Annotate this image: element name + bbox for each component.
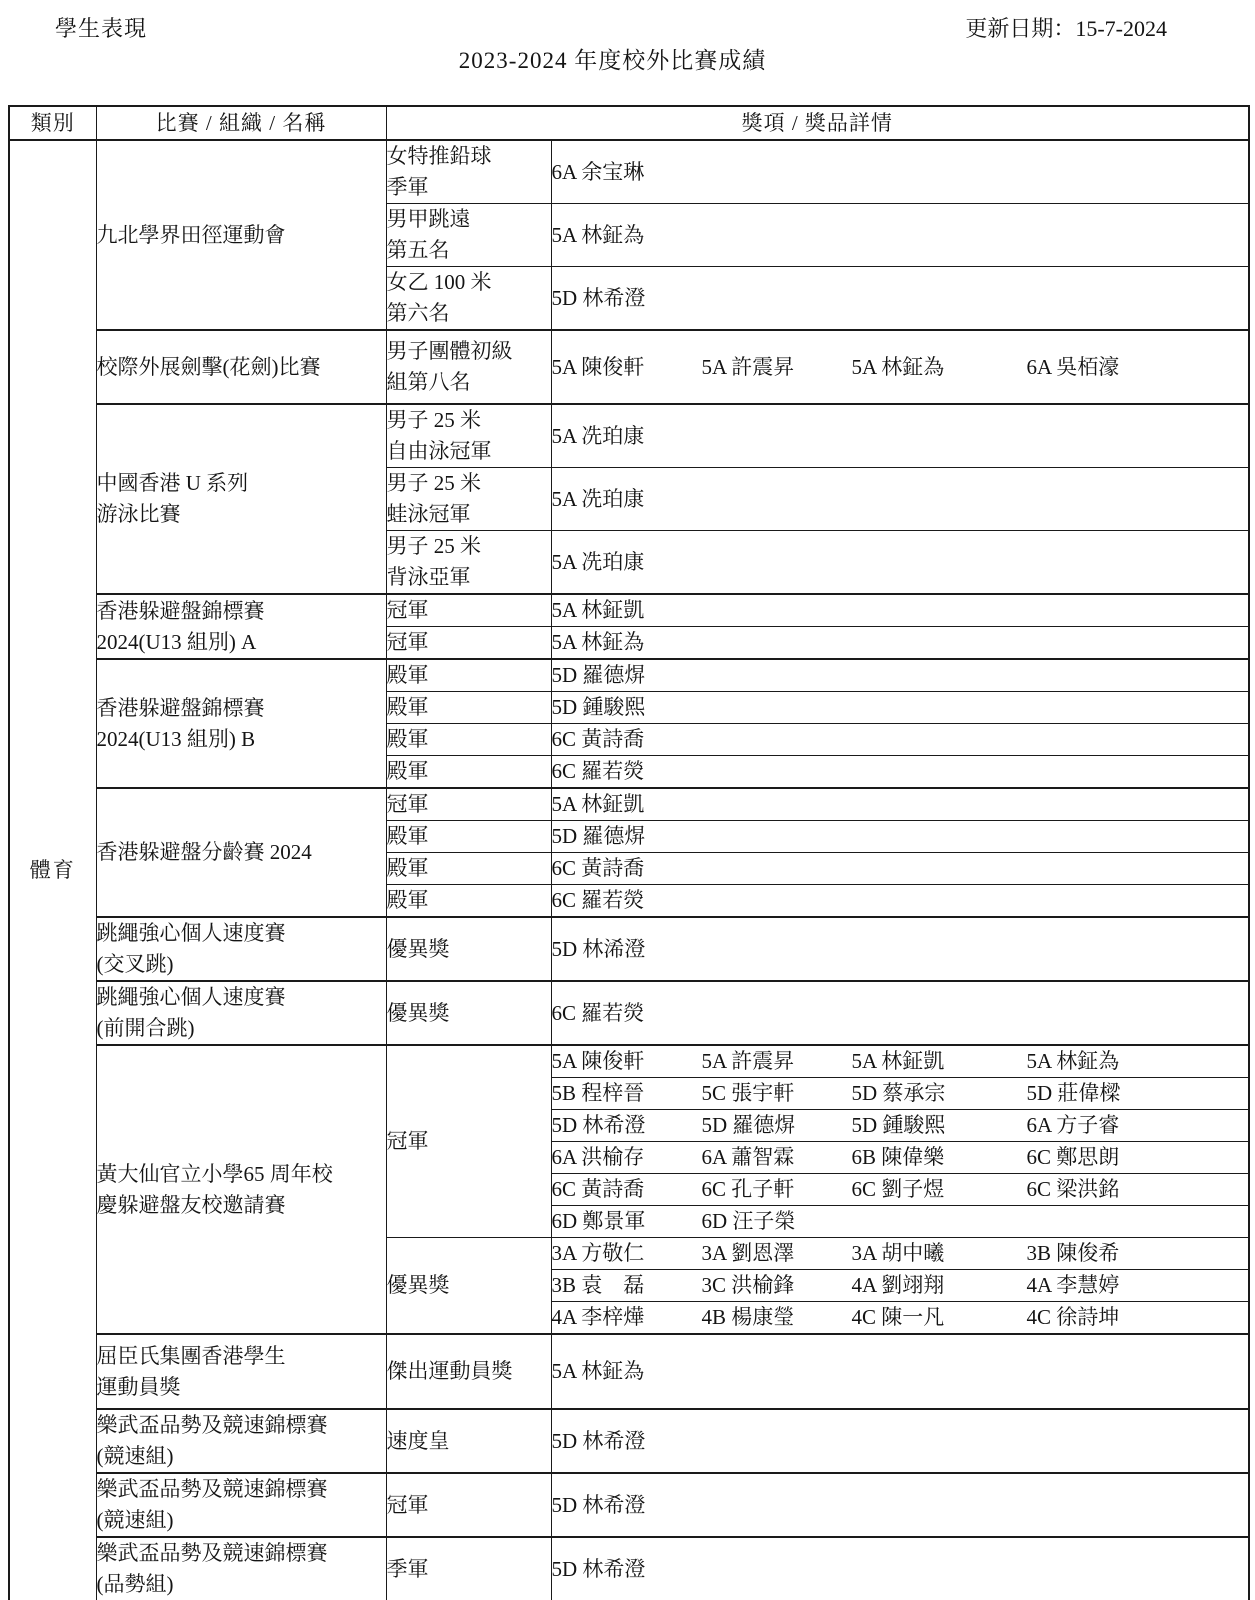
competition-cell: 香港躲避盤分齡賽 2024	[96, 788, 386, 917]
names-cell: 6D 鄭景軍6D 汪子榮	[551, 1206, 1249, 1238]
student-name: 6C 孔子軒	[702, 1174, 852, 1205]
student-name: 5A 林鉦為	[552, 220, 645, 251]
page-title: 學生表現	[55, 12, 147, 43]
names-cell: 6C 黃詩喬	[551, 724, 1249, 756]
student-name: 5D 羅德焺	[702, 1110, 852, 1141]
student-name: 5D 林浠澄	[552, 934, 646, 965]
table-row: 黃大仙官立小學65 周年校慶躲避盤友校邀請賽冠軍5A 陳俊軒5A 許震昇5A 林…	[9, 1045, 1249, 1078]
update-date: 更新日期：15-7-2024	[965, 12, 1167, 43]
names-cell: 6A 余宝琳	[551, 140, 1249, 204]
award-cell: 殿軍	[386, 853, 551, 885]
table-row: 香港躲避盤錦標賽2024(U13 組別) A冠軍5A 林鉦凱	[9, 594, 1249, 627]
header-row: 類別 比賽 / 組織 / 名稱 獎項 / 獎品詳情	[9, 106, 1249, 140]
student-name: 6C 梁洪銘	[1027, 1174, 1120, 1205]
award-cell: 傑出運動員獎	[386, 1334, 551, 1409]
award-cell: 殿軍	[386, 885, 551, 918]
names-cell: 5D 林希澄	[551, 1537, 1249, 1600]
student-name: 6A 方子睿	[1027, 1110, 1120, 1141]
award-cell: 殿軍	[386, 756, 551, 789]
student-name: 6C 黃詩喬	[552, 1174, 702, 1205]
student-name: 5A 林鉦凱	[552, 789, 645, 820]
competition-cell: 九北學界田徑運動會	[96, 140, 386, 330]
names-cell: 6C 黃詩喬6C 孔子軒6C 劉子煜6C 梁洪銘	[551, 1174, 1249, 1206]
student-name: 5D 鍾駿熙	[852, 1110, 1027, 1141]
table-row: 中國香港 U 系列游泳比賽男子 25 米自由泳冠軍5A 冼珀康	[9, 404, 1249, 468]
student-name: 5A 冼珀康	[552, 421, 645, 452]
student-name: 5D 林希澄	[552, 1110, 702, 1141]
student-name: 4C 陳一凡	[852, 1302, 1027, 1333]
award-cell: 男甲跳遠第五名	[386, 204, 551, 267]
competition-cell: 校際外展劍擊(花劍)比賽	[96, 330, 386, 404]
col-header-competition: 比賽 / 組織 / 名稱	[96, 106, 386, 140]
names-cell: 5A 陳俊軒5A 許震昇5A 林鉦為6A 吳栢濠	[551, 330, 1249, 404]
competition-cell: 黃大仙官立小學65 周年校慶躲避盤友校邀請賽	[96, 1045, 386, 1334]
student-name: 6C 黃詩喬	[552, 853, 645, 884]
names-cell: 6C 黃詩喬	[551, 853, 1249, 885]
names-cell: 4A 李梓燁4B 楊康瑩4C 陳一凡4C 徐詩坤	[551, 1302, 1249, 1335]
names-cell: 5B 程梓晉5C 張宇軒5D 蔡承宗5D 莊偉樑	[551, 1078, 1249, 1110]
names-cell: 5D 羅德焺	[551, 821, 1249, 853]
student-name: 5D 鍾駿熙	[552, 692, 646, 723]
award-cell: 冠軍	[386, 1045, 551, 1238]
award-cell: 優異獎	[386, 917, 551, 981]
student-name: 5A 許震昇	[702, 1046, 852, 1077]
student-name: 5A 冼珀康	[552, 547, 645, 578]
table-row: 跳繩強心個人速度賽(交叉跳)優異獎5D 林浠澄	[9, 917, 1249, 981]
student-name: 5A 陳俊軒	[552, 352, 702, 383]
award-cell: 殿軍	[386, 692, 551, 724]
student-name: 5D 羅德焺	[552, 821, 646, 852]
student-name: 5D 蔡承宗	[852, 1078, 1027, 1109]
student-name: 5A 冼珀康	[552, 484, 645, 515]
names-cell: 5A 冼珀康	[551, 468, 1249, 531]
award-cell: 季軍	[386, 1537, 551, 1600]
table-row: 樂武盃品勢及競速錦標賽(競速組)冠軍5D 林希澄	[9, 1473, 1249, 1537]
student-name: 6C 黃詩喬	[552, 724, 645, 755]
names-cell: 3A 方敬仁3A 劉恩澤3A 胡中曦3B 陳俊希	[551, 1238, 1249, 1270]
competition-cell: 跳繩強心個人速度賽(前開合跳)	[96, 981, 386, 1045]
table-row: 屈臣氏集團香港學生運動員獎傑出運動員獎5A 林鉦為	[9, 1334, 1249, 1409]
student-name: 5A 林鉦凱	[552, 595, 645, 626]
student-name: 6C 羅若熒	[552, 756, 645, 787]
award-cell: 優異獎	[386, 981, 551, 1045]
competition-cell: 跳繩強心個人速度賽(交叉跳)	[96, 917, 386, 981]
student-name: 6D 汪子榮	[702, 1206, 796, 1237]
table-row: 體育九北學界田徑運動會女特推鉛球季軍6A 余宝琳	[9, 140, 1249, 204]
student-name: 6C 羅若熒	[552, 885, 645, 916]
student-name: 5D 林希澄	[552, 1554, 646, 1585]
names-cell: 5A 冼珀康	[551, 531, 1249, 595]
award-cell: 男子 25 米自由泳冠軍	[386, 404, 551, 468]
student-name: 6A 蕭智霖	[702, 1142, 852, 1173]
student-name: 4A 李慧婷	[1027, 1270, 1120, 1301]
competition-cell: 樂武盃品勢及競速錦標賽(品勢組)	[96, 1537, 386, 1600]
names-cell: 5A 林鉦為	[551, 627, 1249, 660]
names-cell: 3B 袁 磊3C 洪榆鋒4A 劉翊翔4A 李慧婷	[551, 1270, 1249, 1302]
student-name: 5B 程梓晉	[552, 1078, 702, 1109]
names-cell: 5D 羅德焺	[551, 659, 1249, 692]
award-cell: 男子 25 米蛙泳冠軍	[386, 468, 551, 531]
table-row: 校際外展劍擊(花劍)比賽男子團體初級組第八名5A 陳俊軒5A 許震昇5A 林鉦為…	[9, 330, 1249, 404]
student-name: 5D 林希澄	[552, 1490, 646, 1521]
student-name: 5A 林鉦凱	[852, 1046, 1027, 1077]
student-name: 5A 林鉦為	[552, 1356, 645, 1387]
award-cell: 冠軍	[386, 1473, 551, 1537]
award-cell: 冠軍	[386, 788, 551, 821]
student-name: 6A 余宝琳	[552, 157, 645, 188]
student-name: 5D 林希澄	[552, 283, 646, 314]
student-name: 3B 袁 磊	[552, 1270, 702, 1301]
student-name: 6B 陳偉樂	[852, 1142, 1027, 1173]
col-header-award: 獎項 / 獎品詳情	[386, 106, 1249, 140]
award-cell: 優異獎	[386, 1238, 551, 1335]
award-cell: 女特推鉛球季軍	[386, 140, 551, 204]
names-cell: 6C 羅若熒	[551, 756, 1249, 789]
names-cell: 5D 林浠澄	[551, 917, 1249, 981]
names-cell: 5D 林希澄	[551, 1409, 1249, 1473]
names-cell: 5A 林鉦凱	[551, 594, 1249, 627]
student-name: 6A 洪榆存	[552, 1142, 702, 1173]
award-cell: 男子 25 米背泳亞軍	[386, 531, 551, 595]
student-name: 6A 吳栢濠	[1027, 352, 1120, 383]
student-name: 5C 張宇軒	[702, 1078, 852, 1109]
award-cell: 速度皇	[386, 1409, 551, 1473]
doc-title: 2023-2024 年度校外比賽成績	[0, 42, 1225, 75]
competition-cell: 屈臣氏集團香港學生運動員獎	[96, 1334, 386, 1409]
document-page: 學生表現 更新日期：15-7-2024 2023-2024 年度校外比賽成績 類…	[0, 0, 1255, 1600]
names-cell: 5A 冼珀康	[551, 404, 1249, 468]
names-cell: 6C 羅若熒	[551, 885, 1249, 918]
names-cell: 5A 林鉦為	[551, 1334, 1249, 1409]
table-row: 跳繩強心個人速度賽(前開合跳)優異獎6C 羅若熒	[9, 981, 1249, 1045]
competition-cell: 樂武盃品勢及競速錦標賽(競速組)	[96, 1473, 386, 1537]
names-cell: 5A 林鉦凱	[551, 788, 1249, 821]
award-cell: 冠軍	[386, 594, 551, 627]
names-cell: 5D 林希澄5D 羅德焺5D 鍾駿熙6A 方子睿	[551, 1110, 1249, 1142]
student-name: 3A 胡中曦	[852, 1238, 1027, 1269]
names-cell: 5A 林鉦為	[551, 204, 1249, 267]
student-name: 5A 林鉦為	[1027, 1046, 1120, 1077]
student-name: 3C 洪榆鋒	[702, 1270, 852, 1301]
names-cell: 5D 林希澄	[551, 267, 1249, 331]
names-cell: 5D 鍾駿熙	[551, 692, 1249, 724]
names-cell: 6A 洪榆存6A 蕭智霖6B 陳偉樂6C 鄭思朗	[551, 1142, 1249, 1174]
competition-cell: 樂武盃品勢及競速錦標賽(競速組)	[96, 1409, 386, 1473]
competition-cell: 香港躲避盤錦標賽2024(U13 組別) A	[96, 594, 386, 659]
award-cell: 殿軍	[386, 724, 551, 756]
student-name: 5A 許震昇	[702, 352, 852, 383]
award-cell: 殿軍	[386, 821, 551, 853]
table-row: 樂武盃品勢及競速錦標賽(品勢組)季軍5D 林希澄	[9, 1537, 1249, 1600]
student-name: 4C 徐詩坤	[1027, 1302, 1120, 1333]
student-name: 4B 楊康瑩	[702, 1302, 852, 1333]
competition-cell: 香港躲避盤錦標賽2024(U13 組別) B	[96, 659, 386, 788]
student-name: 6C 劉子煜	[852, 1174, 1027, 1205]
competition-cell: 中國香港 U 系列游泳比賽	[96, 404, 386, 594]
names-cell: 5A 陳俊軒5A 許震昇5A 林鉦凱5A 林鉦為	[551, 1045, 1249, 1078]
results-table: 類別 比賽 / 組織 / 名稱 獎項 / 獎品詳情 體育九北學界田徑運動會女特推…	[8, 105, 1250, 1600]
student-name: 5D 林希澄	[552, 1426, 646, 1457]
table-row: 香港躲避盤錦標賽2024(U13 組別) B殿軍5D 羅德焺	[9, 659, 1249, 692]
award-cell: 冠軍	[386, 627, 551, 660]
results-table-body: 類別 比賽 / 組織 / 名稱 獎項 / 獎品詳情 體育九北學界田徑運動會女特推…	[9, 106, 1249, 1600]
student-name: 5D 莊偉樑	[1027, 1078, 1121, 1109]
award-cell: 殿軍	[386, 659, 551, 692]
table-row: 香港躲避盤分齡賽 2024冠軍5A 林鉦凱	[9, 788, 1249, 821]
student-name: 3A 方敬仁	[552, 1238, 702, 1269]
names-cell: 5D 林希澄	[551, 1473, 1249, 1537]
student-name: 5A 陳俊軒	[552, 1046, 702, 1077]
student-name: 4A 李梓燁	[552, 1302, 702, 1333]
col-header-category: 類別	[9, 106, 96, 140]
table-row: 樂武盃品勢及競速錦標賽(競速組)速度皇5D 林希澄	[9, 1409, 1249, 1473]
student-name: 6D 鄭景軍	[552, 1206, 702, 1237]
award-cell: 男子團體初級組第八名	[386, 330, 551, 404]
student-name: 4A 劉翊翔	[852, 1270, 1027, 1301]
award-cell: 女乙 100 米第六名	[386, 267, 551, 331]
student-name: 3B 陳俊希	[1027, 1238, 1120, 1269]
student-name: 6C 鄭思朗	[1027, 1142, 1120, 1173]
student-name: 6C 羅若熒	[552, 998, 645, 1029]
student-name: 5D 羅德焺	[552, 660, 646, 691]
category-cell: 體育	[9, 140, 96, 1600]
student-name: 5A 林鉦為	[552, 627, 645, 658]
student-name: 3A 劉恩澤	[702, 1238, 852, 1269]
names-cell: 6C 羅若熒	[551, 981, 1249, 1045]
student-name: 5A 林鉦為	[852, 352, 1027, 383]
